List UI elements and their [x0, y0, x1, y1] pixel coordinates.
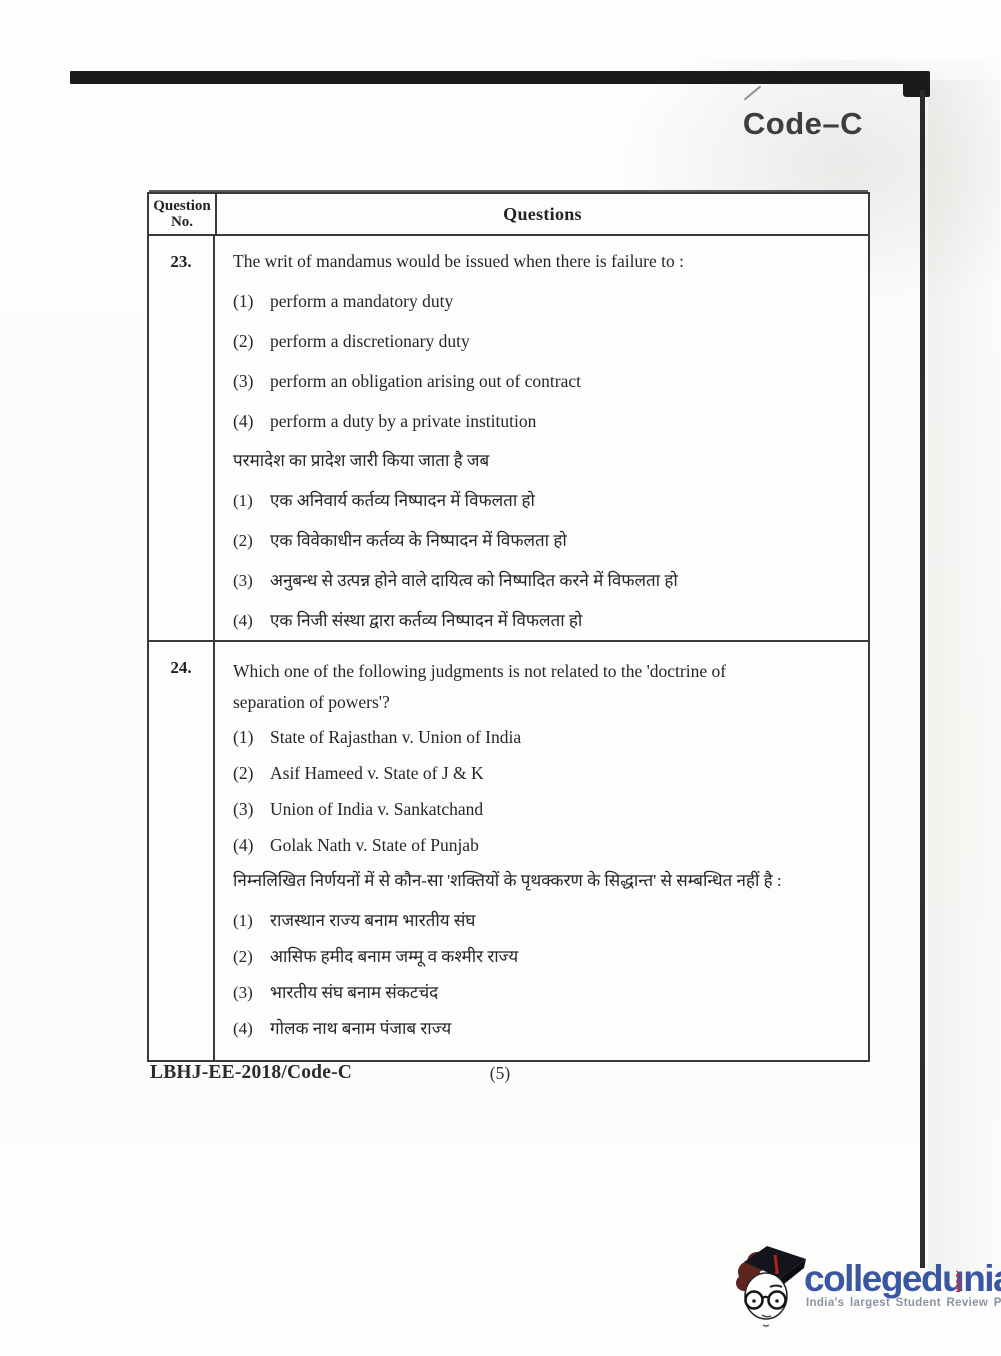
option-text: perform an obligation arising out of con…	[270, 370, 858, 392]
option-text: Golak Nath v. State of Punjab	[270, 834, 858, 856]
table-header-row: Question No. Questions	[149, 194, 868, 236]
option-row: (1) राजस्थान राज्य बनाम भारतीय संघ	[233, 910, 858, 932]
option-text: एक विवेकाधीन कर्तव्य के निष्पादन में विफ…	[270, 530, 858, 552]
option-row: (4) गोलक नाथ बनाम पंजाब राज्य	[233, 1018, 858, 1040]
scan-right-edge-line	[920, 90, 925, 1268]
collegedunia-tld: .com	[954, 1270, 964, 1293]
collegedunia-tagline: India's largest Student Review Platform	[806, 1297, 1001, 1309]
scan-corner-blob	[903, 71, 930, 97]
option-text: एक निजी संस्था द्वारा कर्तव्य निष्पादन म…	[270, 610, 858, 632]
option-label: (4)	[233, 610, 270, 632]
option-text: एक अनिवार्य कर्तव्य निष्पादन में विफलता …	[270, 490, 858, 512]
option-label: (2)	[233, 330, 270, 352]
question-stem-english: The writ of mandamus would be issued whe…	[233, 250, 858, 272]
questions-table: Question No. Questions 23. The writ of m…	[147, 192, 870, 1062]
option-label: (4)	[233, 410, 270, 432]
scan-top-border-bar	[70, 71, 919, 84]
option-row: (4) Golak Nath v. State of Punjab	[233, 834, 858, 856]
question-row-24: 24. Which one of the following judgments…	[149, 640, 868, 1062]
option-text: State of Rajasthan v. Union of India	[270, 726, 858, 748]
option-row: (3) अनुबन्ध से उत्पन्न होने वाले दायित्व…	[233, 570, 858, 592]
option-label: (2)	[233, 762, 270, 784]
option-label: (1)	[233, 910, 270, 932]
question-body: Which one of the following judgments is …	[217, 642, 868, 1040]
option-text: perform a duty by a private institution	[270, 410, 858, 432]
footer-paper-code: LBHJ-EE-2018/Code-C	[150, 1062, 352, 1084]
question-row-23: 23. The writ of mandamus would be issued…	[149, 236, 868, 640]
option-row: (3) perform an obligation arising out of…	[233, 370, 858, 392]
scanned-exam-page: Code–C Question No. Questions 23. The wr…	[0, 0, 1001, 1356]
option-label: (3)	[233, 570, 270, 592]
option-row: (4) एक निजी संस्था द्वारा कर्तव्य निष्पा…	[233, 610, 858, 632]
option-row: (2) perform a discretionary duty	[233, 330, 858, 352]
column-header-questions: Questions	[217, 194, 868, 234]
option-row: (2) आसिफ हमीद बनाम जम्मू व कश्मीर राज्य	[233, 946, 858, 968]
option-text: गोलक नाथ बनाम पंजाब राज्य	[270, 1018, 858, 1040]
option-label: (1)	[233, 726, 270, 748]
option-row: (3) Union of India v. Sankatchand	[233, 798, 858, 820]
option-row: (1) perform a mandatory duty	[233, 290, 858, 312]
collegedunia-wordmark: collegedunia	[804, 1258, 1001, 1300]
question-stem-english: Which one of the following judgments is …	[233, 656, 858, 718]
question-number: 24.	[149, 642, 215, 1062]
question-stem-hindi: निम्नलिखित निर्णयनों में से कौन-सा 'शक्त…	[233, 870, 858, 892]
question-number: 23.	[149, 236, 215, 640]
option-row: (1) State of Rajasthan v. Union of India	[233, 726, 858, 748]
collegedunia-mascot-icon	[736, 1246, 810, 1328]
option-label: (1)	[233, 290, 270, 312]
option-row: (2) एक विवेकाधीन कर्तव्य के निष्पादन में…	[233, 530, 858, 552]
option-label: (2)	[233, 946, 270, 968]
option-text: Union of India v. Sankatchand	[270, 798, 858, 820]
option-label: (4)	[233, 1018, 270, 1040]
option-row: (1) एक अनिवार्य कर्तव्य निष्पादन में विफ…	[233, 490, 858, 512]
paper-code-label: Code–C	[728, 106, 878, 142]
column-header-question-no: Question No.	[149, 194, 217, 234]
option-label: (3)	[233, 982, 270, 1004]
option-label: (3)	[233, 370, 270, 392]
question-stem-hindi: परमादेश का प्रादेश जारी किया जाता है जब	[233, 450, 858, 472]
option-text: राजस्थान राज्य बनाम भारतीय संघ	[270, 910, 858, 932]
option-text: भारतीय संघ बनाम संकटचंद	[270, 982, 858, 1004]
pen-slash-mark	[744, 85, 761, 100]
option-text: perform a mandatory duty	[270, 290, 858, 312]
option-label: (1)	[233, 490, 270, 512]
scan-shading-right-edge	[928, 80, 1001, 1280]
option-label: (2)	[233, 530, 270, 552]
option-label: (4)	[233, 834, 270, 856]
option-text: आसिफ हमीद बनाम जम्मू व कश्मीर राज्य	[270, 946, 858, 968]
option-row: (3) भारतीय संघ बनाम संकटचंद	[233, 982, 858, 1004]
question-body: The writ of mandamus would be issued whe…	[217, 236, 868, 632]
option-label: (3)	[233, 798, 270, 820]
option-text: अनुबन्ध से उत्पन्न होने वाले दायित्व को …	[270, 570, 858, 592]
option-text: Asif Hameed v. State of J & K	[270, 762, 858, 784]
option-row: (4) perform a duty by a private institut…	[233, 410, 858, 432]
option-text: perform a discretionary duty	[270, 330, 858, 352]
collegedunia-logo: collegedunia .com India's largest Studen…	[736, 1244, 996, 1334]
footer-page-number: (5)	[470, 1063, 530, 1084]
option-row: (2) Asif Hameed v. State of J & K	[233, 762, 858, 784]
